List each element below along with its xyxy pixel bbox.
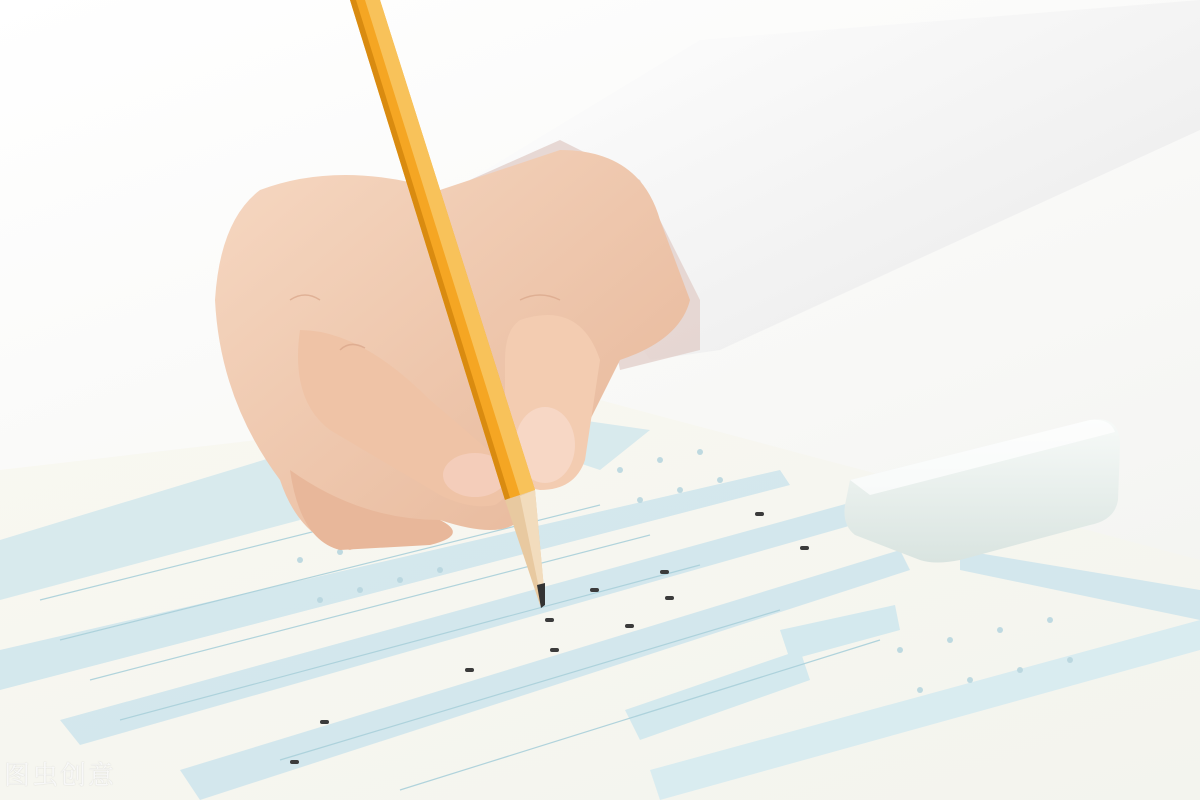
watermark: 图虫创意	[4, 755, 116, 792]
photo-illustration	[0, 0, 1200, 800]
photo-scene: 图虫创意	[0, 0, 1200, 800]
